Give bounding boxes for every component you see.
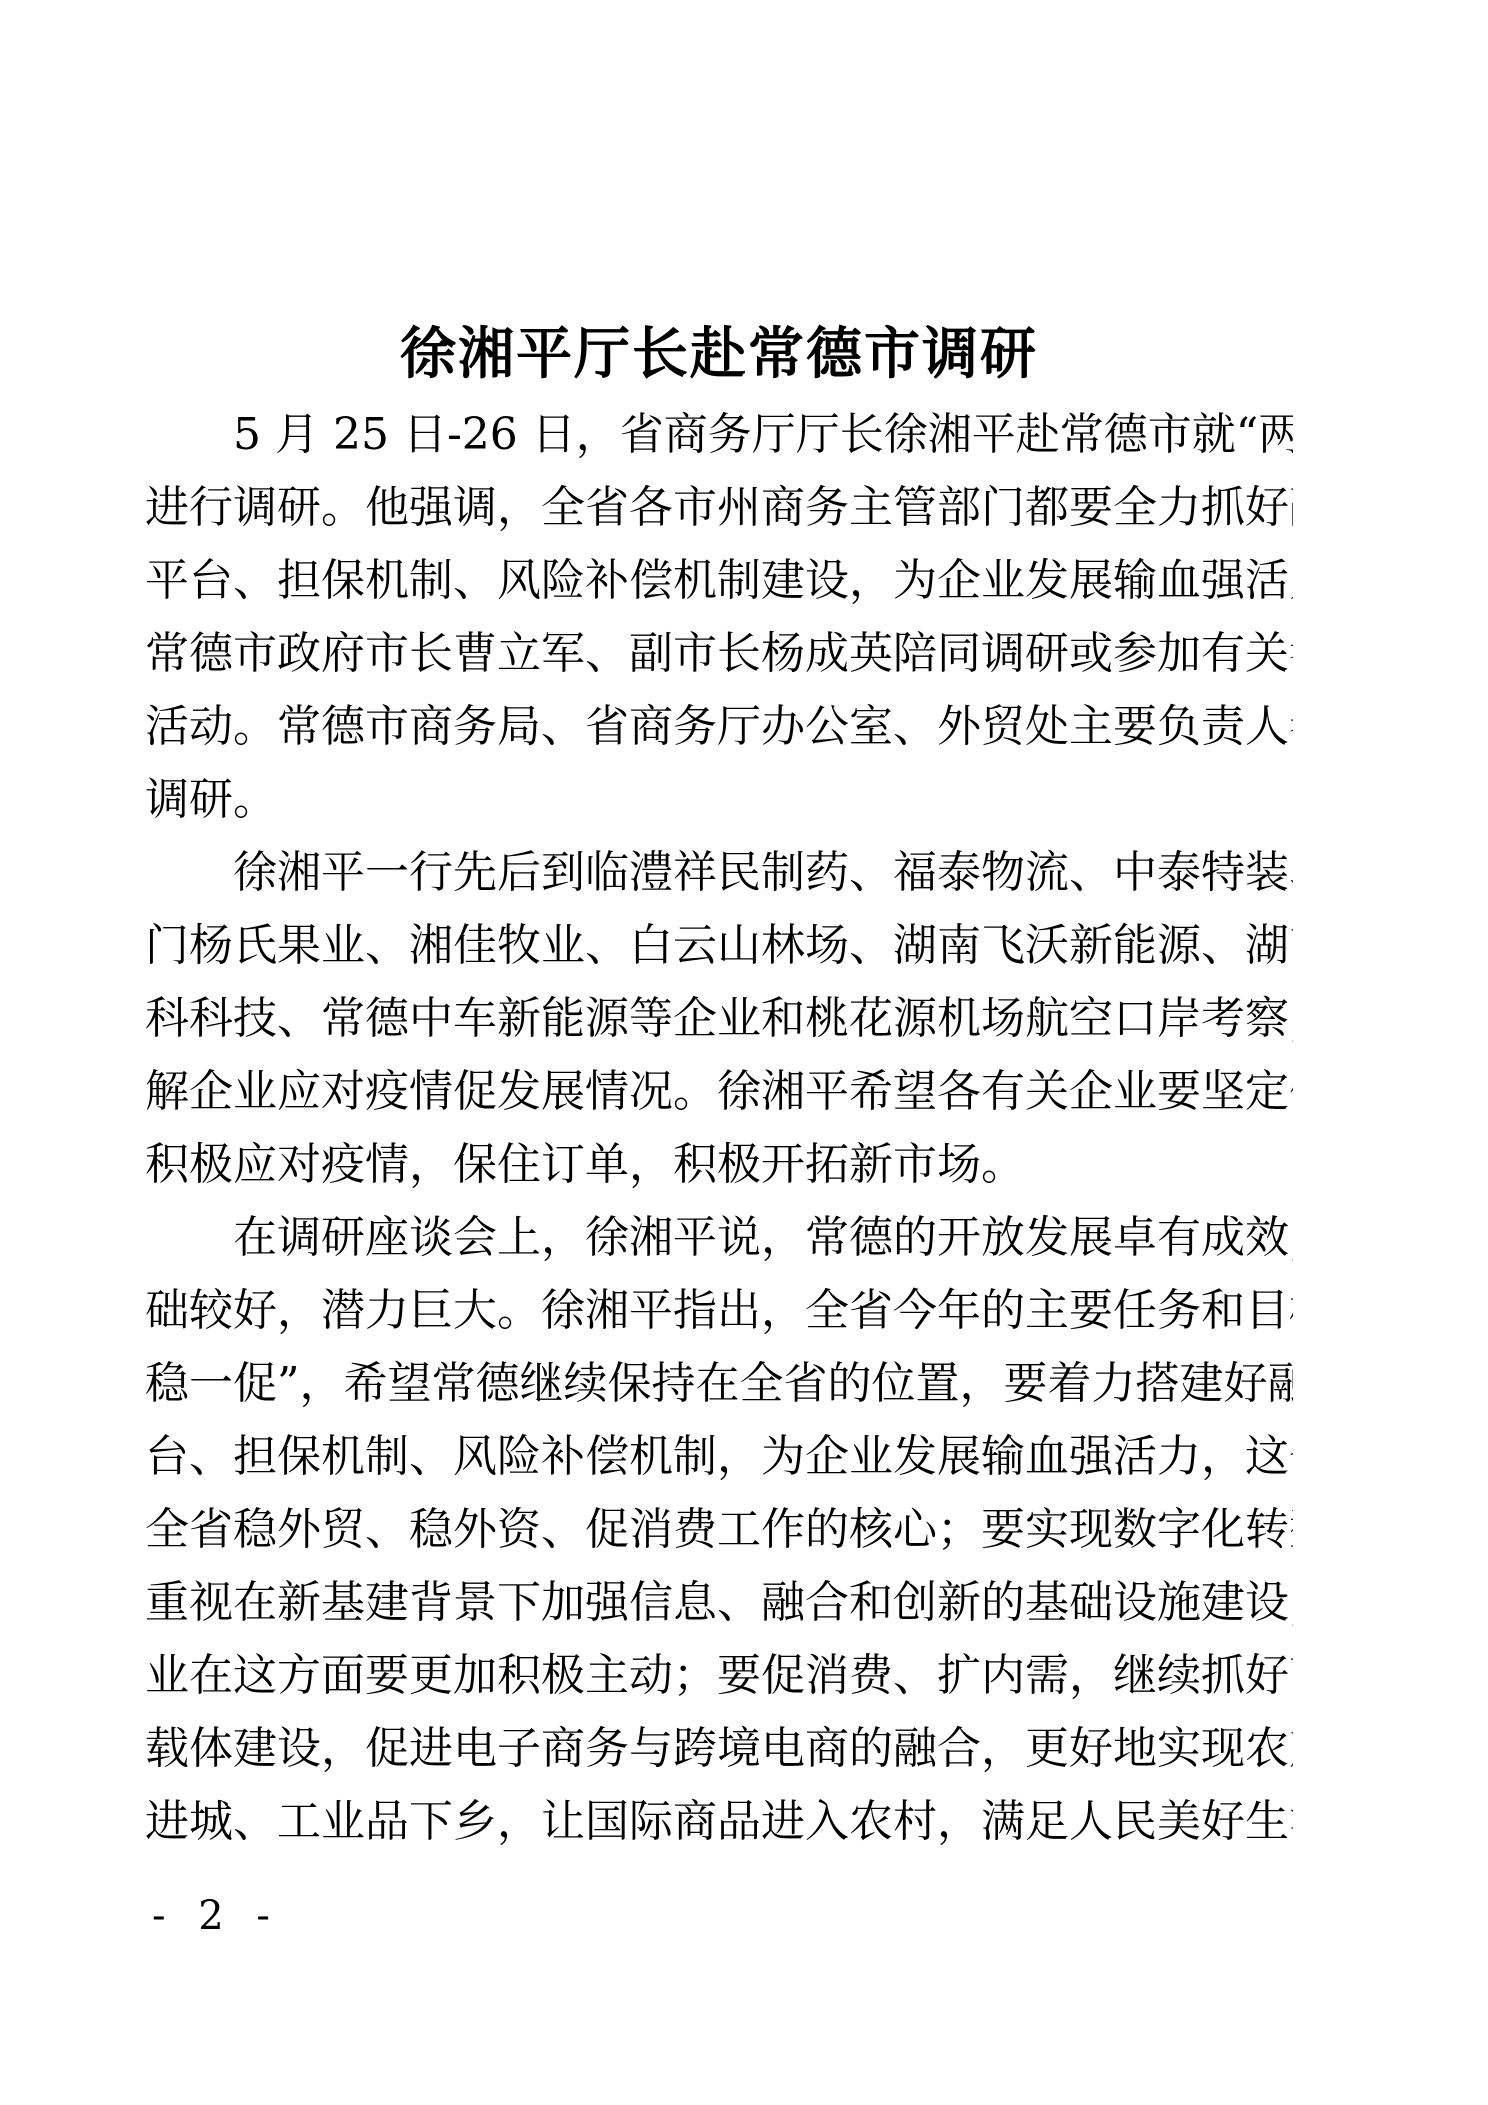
text-line: 解企业应对疫情促发展情况。徐湘平希望各有关企业要坚定信心，: [145, 1055, 1293, 1128]
text-line: 科科技、常德中车新能源等企业和桃花源机场航空口岸考察，了: [145, 982, 1293, 1055]
text-line: 徐湘平一行先后到临澧祥民制药、福泰物流、中泰特装、石: [145, 836, 1293, 909]
text-line: 重视在新基建背景下加强信息、融合和创新的基础设施建设，企: [145, 1566, 1293, 1639]
paragraph-1: 5 月 25 日-26 日，省商务厅厅长徐湘平赴常德市就“两稳一促”进行调研。他…: [145, 398, 1293, 836]
document-page: 徐湘平厅长赴常德市调研 5 月 25 日-26 日，省商务厅厅长徐湘平赴常德市就…: [0, 0, 1488, 2105]
text-line: 全省稳外贸、稳外资、促消费工作的核心；要实现数字化转型，: [145, 1493, 1293, 1566]
page-number: - 2 -: [152, 1893, 280, 1939]
text-line: 活动。常德市商务局、省商务厅办公室、外贸处主要负责人参加: [145, 690, 1293, 763]
paragraph-2: 徐湘平一行先后到临澧祥民制药、福泰物流、中泰特装、石门杨氏果业、湘佳牧业、白云山…: [145, 836, 1293, 1201]
text-line: 台、担保机制、风险补偿机制，为企业发展输血强活力，这也是: [145, 1420, 1293, 1493]
text-line: 稳一促”，希望常德继续保持在全省的位置，要着力搭建好融资平: [145, 1347, 1293, 1420]
document-body: 5 月 25 日-26 日，省商务厅厅长徐湘平赴常德市就“两稳一促”进行调研。他…: [145, 398, 1293, 1858]
paragraph-3: 在调研座谈会上，徐湘平说，常德的开放发展卓有成效，基础较好，潜力巨大。徐湘平指出…: [145, 1201, 1293, 1858]
text-line: 载体建设，促进电子商务与跨境电商的融合，更好地实现农产品: [145, 1712, 1293, 1785]
text-line: 积极应对疫情，保住订单，积极开拓新市场。: [145, 1128, 1293, 1201]
page-title: 徐湘平厅长赴常德市调研: [145, 321, 1293, 388]
text-line: 础较好，潜力巨大。徐湘平指出，全省今年的主要任务和目标是“两: [145, 1274, 1293, 1347]
text-line: 业在这方面要更加积极主动；要促消费、扩内需，继续抓好商贸: [145, 1639, 1293, 1712]
text-line: 5 月 25 日-26 日，省商务厅厅长徐湘平赴常德市就“两稳一促”: [145, 398, 1293, 471]
text-line: 进城、工业品下乡，让国际商品进入农村，满足人民美好生活需: [145, 1785, 1293, 1858]
text-line: 在调研座谈会上，徐湘平说，常德的开放发展卓有成效，基: [145, 1201, 1293, 1274]
text-line: 常德市政府市长曹立军、副市长杨成英陪同调研或参加有关考察: [145, 617, 1293, 690]
text-line: 平台、担保机制、风险补偿机制建设，为企业发展输血强活力。: [145, 544, 1293, 617]
text-line: 门杨氏果业、湘佳牧业、白云山林场、湖南飞沃新能源、湖南联: [145, 909, 1293, 982]
text-line: 调研。: [145, 763, 1293, 836]
text-line: 进行调研。他强调，全省各市州商务主管部门都要全力抓好融资: [145, 471, 1293, 544]
